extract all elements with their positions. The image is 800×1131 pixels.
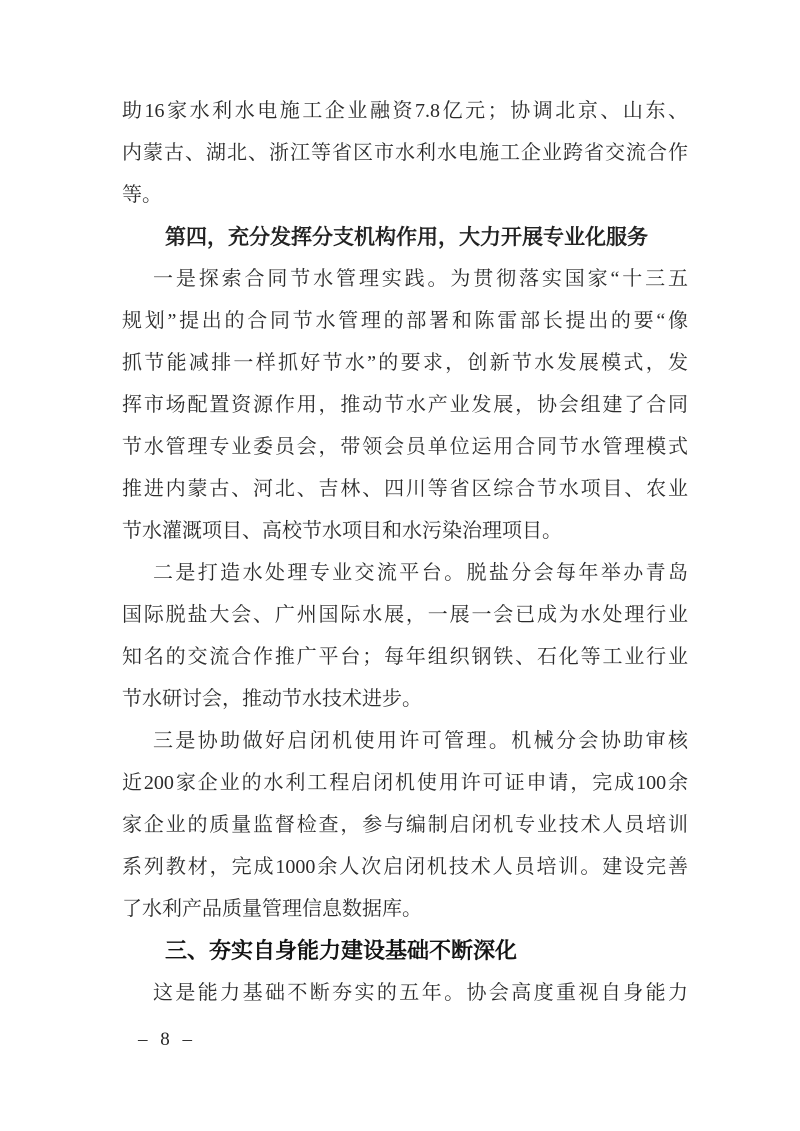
text-line: 等。 xyxy=(122,174,688,216)
text-line: 国际脱盐大会、广州国际水展，一展一会已成为水处理行业 xyxy=(122,594,688,636)
heading-line: 第四，充分发挥分支机构作用，大力开展专业化服务 xyxy=(122,216,688,258)
page-number: – 8 – xyxy=(138,1029,196,1051)
text-line: 这是能力基础不断夯实的五年。协会高度重视自身能力 xyxy=(122,972,688,1014)
text-line: 节水研讨会，推动节水技术进步。 xyxy=(122,678,688,720)
text-line: 助16家水利水电施工企业融资7.8亿元；协调北京、山东、 xyxy=(122,90,688,132)
text-line: 规划”提出的合同节水管理的部署和陈雷部长提出的要“像 xyxy=(122,300,688,342)
text-line: 三是协助做好启闭机使用许可管理。机械分会协助审核 xyxy=(122,720,688,762)
text-line: 节水灌溉项目、高校节水项目和水污染治理项目。 xyxy=(122,510,688,552)
text-line: 近200家企业的水利工程启闭机使用许可证申请，完成100余 xyxy=(122,762,688,804)
text-line: 知名的交流合作推广平台；每年组织钢铁、石化等工业行业 xyxy=(122,636,688,678)
text-line: 系列教材，完成1000余人次启闭机技术人员培训。建设完善 xyxy=(122,846,688,888)
text-line: 推进内蒙古、河北、吉林、四川等省区综合节水项目、农业 xyxy=(122,468,688,510)
document-body: 助16家水利水电施工企业融资7.8亿元；协调北京、山东、内蒙古、湖北、浙江等省区… xyxy=(122,90,688,1014)
text-line: 了水利产品质量管理信息数据库。 xyxy=(122,888,688,930)
document-page: 助16家水利水电施工企业融资7.8亿元；协调北京、山东、内蒙古、湖北、浙江等省区… xyxy=(0,0,800,1131)
text-line: 一是探索合同节水管理实践。为贯彻落实国家“十三五 xyxy=(122,258,688,300)
text-line: 内蒙古、湖北、浙江等省区市水利水电施工企业跨省交流合作 xyxy=(122,132,688,174)
heading-line: 三、夯实自身能力建设基础不断深化 xyxy=(122,930,688,972)
text-line: 二是打造水处理专业交流平台。脱盐分会每年举办青岛 xyxy=(122,552,688,594)
text-line: 挥市场配置资源作用，推动节水产业发展，协会组建了合同 xyxy=(122,384,688,426)
text-line: 节水管理专业委员会，带领会员单位运用合同节水管理模式 xyxy=(122,426,688,468)
text-line: 家企业的质量监督检查，参与编制启闭机专业技术人员培训 xyxy=(122,804,688,846)
text-line: 抓节能减排一样抓好节水”的要求，创新节水发展模式，发 xyxy=(122,342,688,384)
